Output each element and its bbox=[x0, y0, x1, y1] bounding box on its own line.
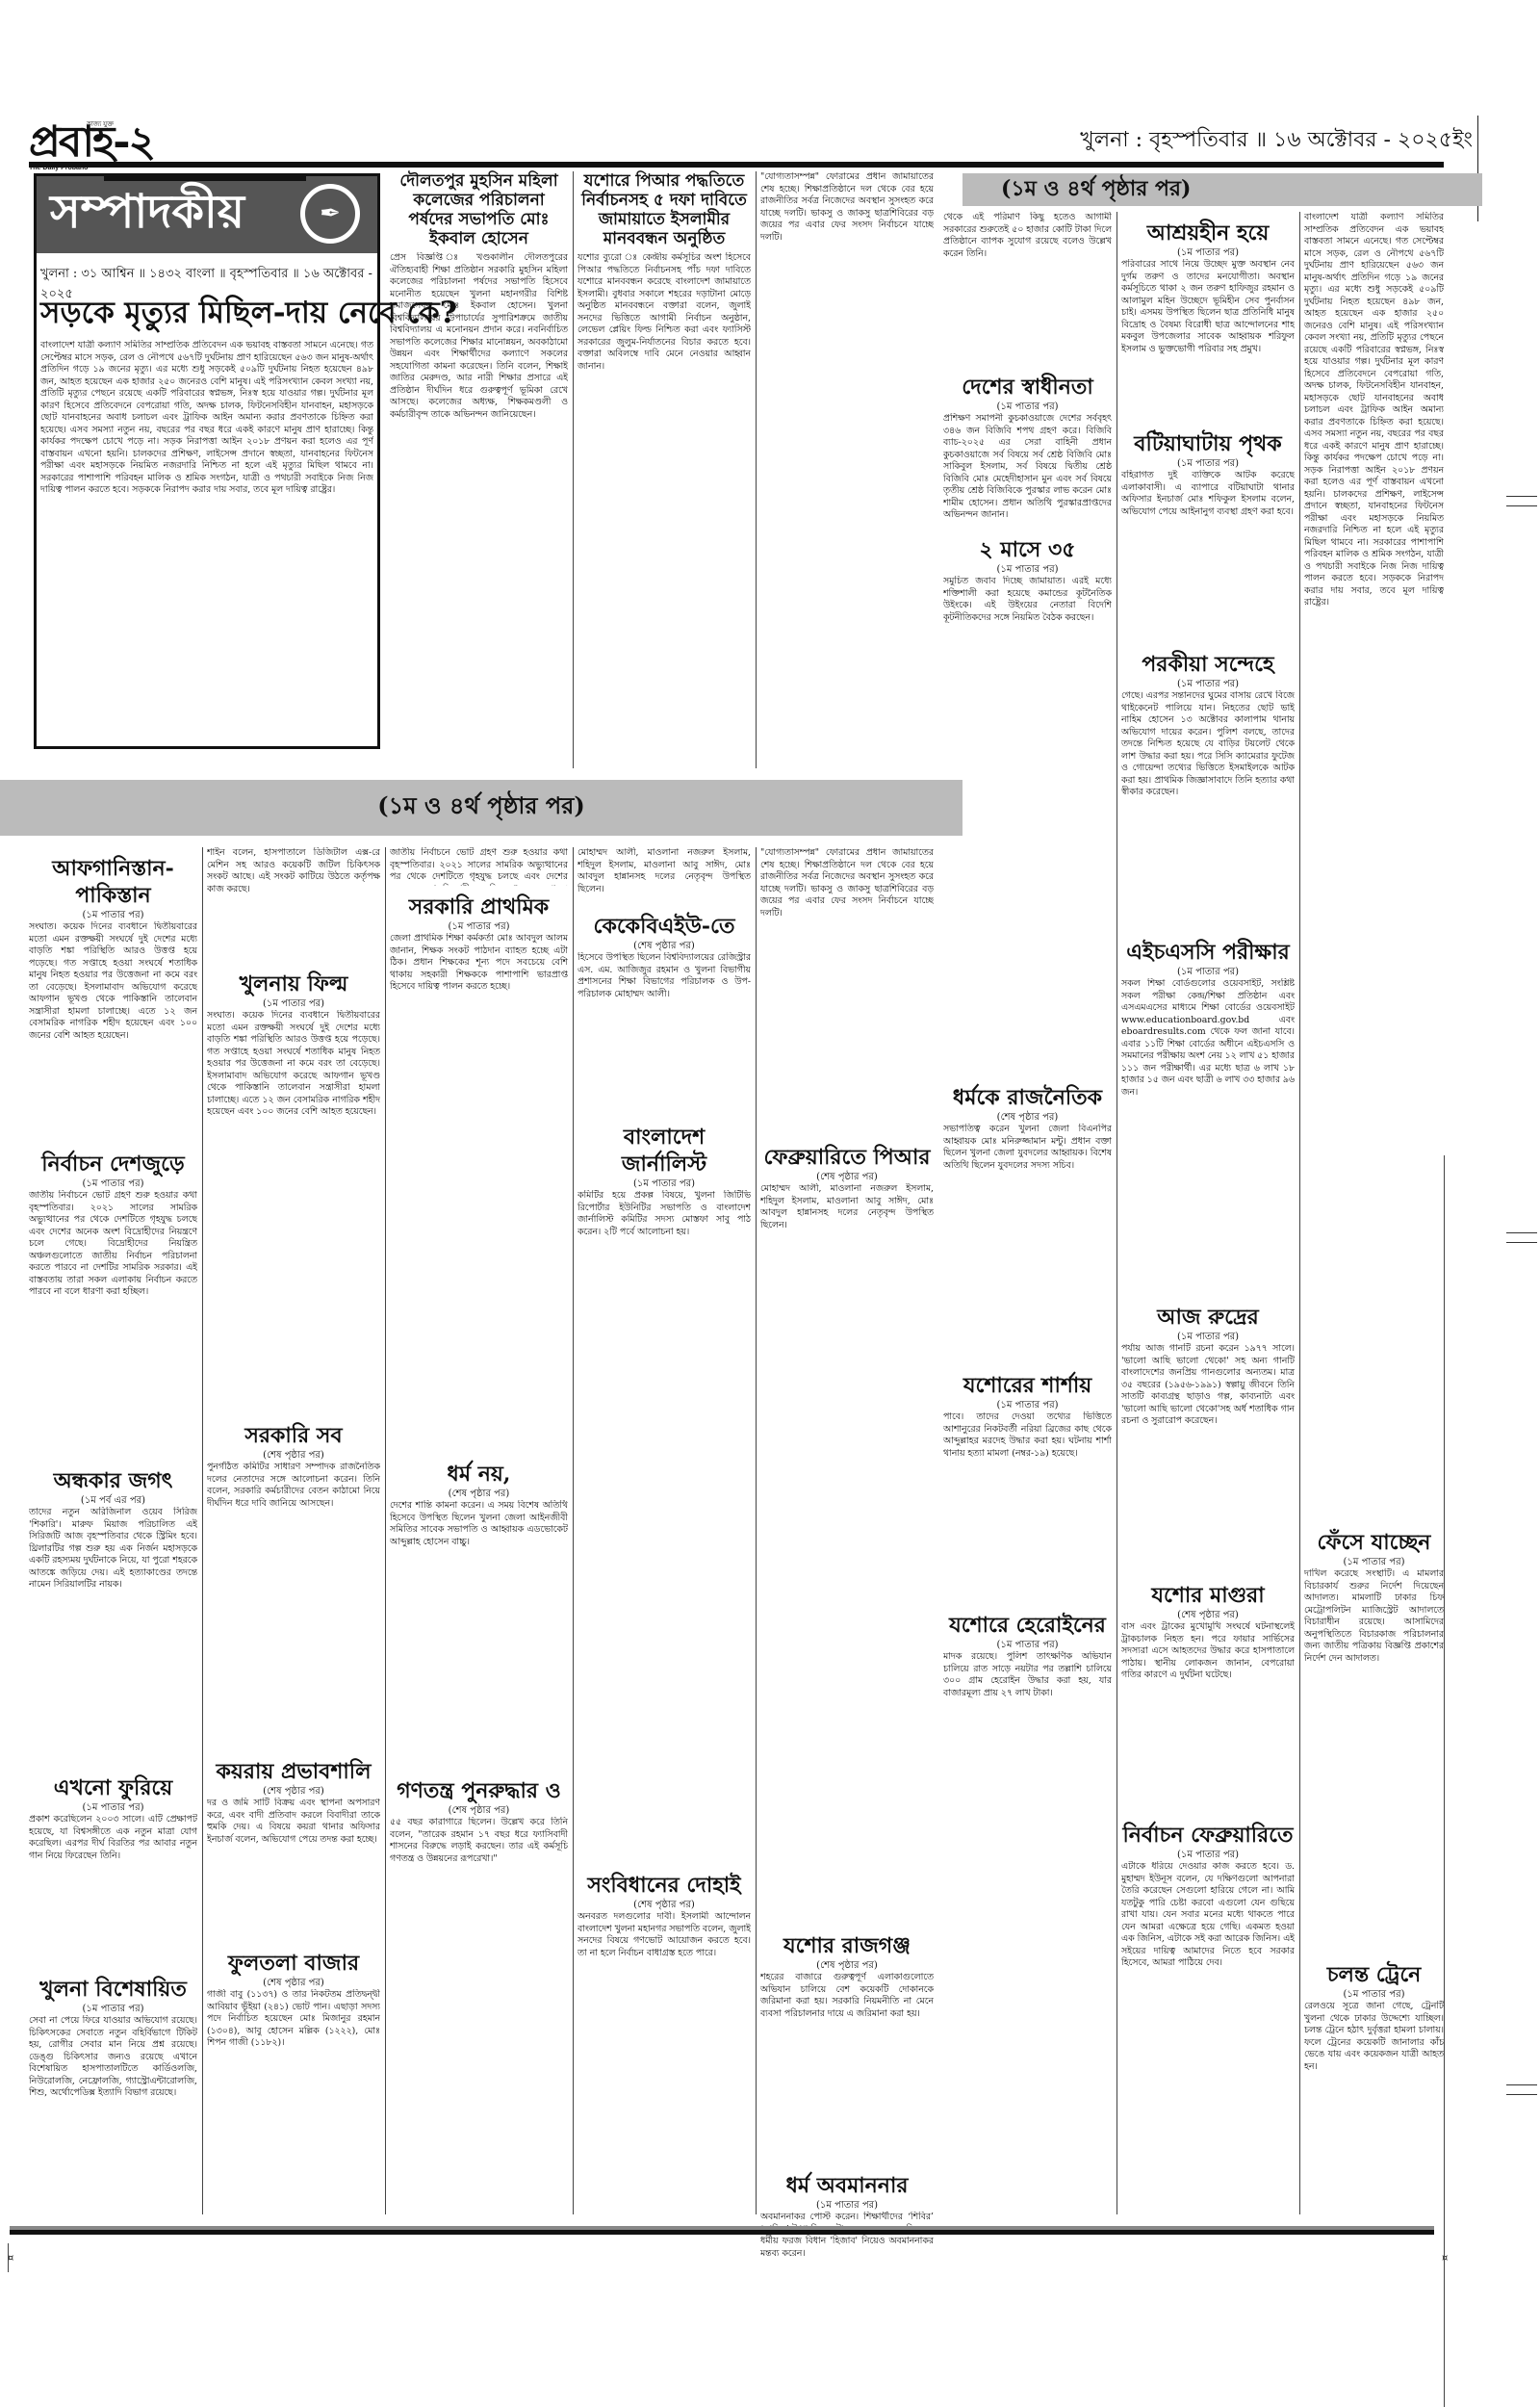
continued-from: (১ম পাতার পর) bbox=[390, 920, 568, 933]
column-lower-4: মোহাম্মদ আলী, মাওলানা নজরুল ইসলাম, শহিদু… bbox=[577, 847, 751, 2214]
continued-from: (১ম পাতার পর) bbox=[1304, 1556, 1444, 1568]
article-body: জাতীয় নির্বাচনে ভোট গ্রহণ শুরু হওয়ার ক… bbox=[390, 847, 568, 886]
article-body: অনবরত দলগুলোর দাবী। ইসলামী আন্দোলন বাংলা… bbox=[577, 1911, 751, 2200]
article-body: শাইন বলেন, হাসপাতালে ডিজিটাল এক্স-রে মেশ… bbox=[207, 847, 380, 963]
continued-from: (১ম পাতার পর) bbox=[943, 1399, 1112, 1411]
continued-from: (শেষ পৃষ্ঠার পর) bbox=[1121, 1609, 1295, 1621]
article-headline: যশোর রাজগঞ্জ bbox=[760, 1932, 934, 1959]
article-headline: যশোরের শার্শায় bbox=[943, 1372, 1112, 1399]
continued-from: (শেষ পৃষ্ঠার পর) bbox=[943, 1111, 1112, 1124]
continued-from: (শেষ পৃষ্ঠার পর) bbox=[390, 1804, 568, 1817]
article-body: মাদক রয়েছে। পুলিশ তাৎক্ষণিক অভিযান চালি… bbox=[943, 1651, 1112, 1796]
article-headline: দৌলতপুর মুহসিন মহিলা কলেজের পরিচালনা পর্… bbox=[390, 171, 568, 248]
column-rule bbox=[756, 847, 757, 2214]
continued-from: (শেষ পৃষ্ঠার পর) bbox=[207, 1785, 380, 1798]
article-body: শহরের বাজারে গুরুত্বপূর্ণ এলাকাগুলোতে অভ… bbox=[760, 1972, 934, 2164]
crop-mark bbox=[1506, 505, 1537, 506]
continued-from: (শেষ পৃষ্ঠার পর) bbox=[577, 1899, 751, 1911]
continuation-band-top: (১ম ও ৪র্থ পৃষ্ঠার পর) bbox=[962, 173, 1482, 206]
column-rule bbox=[573, 847, 574, 2214]
article-headline: সরকারি প্রাথমিক bbox=[390, 893, 568, 920]
article-body: জেলা প্রাথমিক শিক্ষা কর্মকর্তা মোঃ আবদুল… bbox=[390, 933, 568, 1453]
article-body: যশোর ব্যুরো ঃ কেন্দ্রীয় কর্মসূচির অংশ হ… bbox=[577, 252, 751, 763]
crop-mark bbox=[8, 2243, 9, 2272]
article-headline: ধর্ম নয়, bbox=[390, 1461, 568, 1488]
editorial-body: বাংলাদেশ যাত্রী কল্যাণ সমিতির সাম্প্রতিক… bbox=[40, 340, 373, 497]
continued-from: (১ম পাতার পর) bbox=[29, 2003, 197, 2015]
continued-from: (১ম পাতার পর) bbox=[207, 997, 380, 1010]
article-headline: আফগানিস্তান-পাকিস্তান bbox=[29, 855, 197, 909]
article-headline: যশোর মাগুরা bbox=[1121, 1582, 1295, 1609]
article-body: হিসেবে উপস্থিত ছিলেন বিশ্ববিদ্যালয়ের রে… bbox=[577, 952, 751, 1116]
article-headline: যশোরে পিআর পদ্ধতিতে নির্বাচনসহ ৫ দফা দাব… bbox=[577, 171, 751, 248]
article-body: বাংলাদেশ যাত্রী কল্যাণ সমিতির সাম্প্রতিক… bbox=[1304, 212, 1444, 1521]
article-body: সকল শিক্ষা বোর্ডগুলোর ওয়েবসাইট, সংশ্লিষ… bbox=[1121, 978, 1295, 1296]
article-headline: আশ্রয়হীন হয়ে bbox=[1121, 220, 1295, 246]
article-body: বহিরাগত দুই ব্যক্তিকে আটক করেছে এলাকাবাস… bbox=[1121, 470, 1295, 643]
article-headline: দেশের স্বাধীনতা bbox=[943, 374, 1112, 401]
page-dateline: খুলনা : বৃহস্পতিবার ॥ ১৬ অক্টোবর - ২০২৫ই… bbox=[1080, 123, 1473, 159]
continued-from: (১ম পাতার পর) bbox=[943, 1639, 1112, 1651]
article-headline: আজ রুদ্রের bbox=[1121, 1304, 1295, 1331]
article: যশোরে পিআর পদ্ধতিতে নির্বাচনসহ ৫ দফা দাব… bbox=[577, 171, 751, 749]
article-body: "যোগ্যতাসম্পন্ন" ফোরামের প্রধান জামায়াত… bbox=[760, 171, 934, 749]
article-body: সেবা না পেয়ে ফিরে যাওয়ার অভিযোগ রয়েছে… bbox=[29, 2015, 197, 2208]
column-right-2: আশ্রয়হীন হয়ে (১ম পাতার পর) পরিবারের সা… bbox=[1121, 212, 1295, 2214]
article-headline: খুলনা বিশেষায়িত bbox=[29, 1976, 197, 2003]
continued-from: (১ম পাতার পর) bbox=[1121, 1331, 1295, 1343]
banner-accent bbox=[104, 173, 306, 181]
continued-from: (শেষ পৃষ্ঠার পর) bbox=[760, 1171, 934, 1183]
article-body: দর ও জমি সাটি বিক্রয় এবং স্থাপনা অপসারণ… bbox=[207, 1798, 380, 1942]
column-rule bbox=[202, 847, 203, 2214]
article-headline: সংবিধানের দোহাই bbox=[577, 1872, 751, 1899]
article-headline: গণতন্ত্র পুনরুদ্ধার ও bbox=[390, 1777, 568, 1804]
continued-from: (১ম পাতার পর) bbox=[943, 401, 1112, 413]
article-body: প্রকাশ করেছিলেন ২০০৩ সালে। এটি প্রেক্ষাপ… bbox=[29, 1814, 197, 1968]
article-headline: ২ মাসে ৩৫ bbox=[943, 536, 1112, 563]
editorial-box: সম্পাদকীয় ✒ খুলনা : ৩১ আশ্বিন ॥ ১৪৩২ বা… bbox=[34, 173, 380, 749]
article-headline: খুলনায় ফিল্ম bbox=[207, 971, 380, 997]
column-lower-3: জাতীয় নির্বাচনে ভোট গ্রহণ শুরু হওয়ার ক… bbox=[390, 847, 568, 2214]
editorial-section-title: সম্পাদকীয় bbox=[50, 177, 244, 253]
article-headline: কয়রায় প্রভাবশালি bbox=[207, 1758, 380, 1785]
column-rule bbox=[756, 171, 757, 768]
column-rule bbox=[385, 847, 386, 2214]
article-body: পুনর্গঠিত কমিটির সাধারণ সম্পাদক রাজনৈতিক… bbox=[207, 1462, 380, 1750]
crop-mark bbox=[1506, 496, 1537, 497]
article-headline: এখনো ফুরিয়ে bbox=[29, 1774, 197, 1801]
continued-from: (শেষ পৃষ্ঠার পর) bbox=[207, 1977, 380, 1989]
article-body: ৫৫ বছর কারাগারে ছিলেন। উল্লেখ করে তিনি ব… bbox=[390, 1817, 568, 2106]
continued-from: (১ম পাতার পর) bbox=[1121, 678, 1295, 690]
crop-mark bbox=[1444, 1155, 1445, 2407]
article-headline: ফুলতলা বাজার bbox=[207, 1950, 380, 1977]
article: দৌলতপুর মুহসিন মহিলা কলেজের পরিচালনা পর্… bbox=[390, 171, 568, 749]
article-body: থেকে এই পরিমাণ কিছু হতেও আগামী সরকারের শ… bbox=[943, 212, 1112, 366]
article-body: রেলওয়ে সূত্রে জানা গেছে, ট্রেনটি খুলনা … bbox=[1304, 2001, 1444, 2155]
article-headline: ধর্মকে রাজনৈতিক bbox=[943, 1084, 1112, 1111]
article-body: গাজী বাবু (১১৩৭) ও তার নিকটতম প্রতিদ্বন্… bbox=[207, 1989, 380, 2182]
article-body: প্রশিক্ষণ সমাপনী কুচকাওয়াজে দেশের সর্বব… bbox=[943, 413, 1112, 529]
continued-from: (শেষ পৃষ্ঠার পর) bbox=[390, 1488, 568, 1500]
article-headline: কেকেবিএইউ-তে bbox=[577, 913, 751, 940]
article-body: তাদের নতুন অরিজিনাল ওয়েব সিরিজ 'শিকারি'… bbox=[29, 1507, 197, 1767]
article-headline: চলন্ত ট্রেনে bbox=[1304, 1961, 1444, 1988]
article-body: দাখিল করেছে সংস্থাটি। এ মামলার বিচারকার্… bbox=[1304, 1568, 1444, 1954]
continued-from: (শেষ পৃষ্ঠার পর) bbox=[760, 1959, 934, 1972]
article-headline: যশোরে হেরোইনের bbox=[943, 1612, 1112, 1639]
article-body: কমিটির হয়ে প্রকল্প বিষয়ে, খুলনা জিটিভি… bbox=[577, 1190, 751, 1864]
continued-from: (শেষ পৃষ্ঠার পর) bbox=[577, 940, 751, 952]
article-body: সংঘাত। কয়েক দিনের ব্যবধানে দ্বিতীয়বারে… bbox=[207, 1010, 380, 1414]
article-body: "যোগ্যতাসম্পন্ন" ফোরামের প্রধান জামায়াত… bbox=[760, 847, 934, 1136]
article-body: পরিবারের সাথে নিয়ে উচ্ছেদ মুক্ত অবস্থান… bbox=[1121, 259, 1295, 423]
column-lower-2: শাইন বলেন, হাসপাতালে ডিজিটাল এক্স-রে মেশ… bbox=[207, 847, 380, 2214]
continued-from: (১ম পাতার পর) bbox=[29, 1178, 197, 1190]
continued-from: (১ম পাতার পর) bbox=[1121, 1849, 1295, 1861]
article-body: গেছে। এরপর সন্তানদের ঘুমের বাসায় রেখে ব… bbox=[1121, 690, 1295, 931]
article-body: প্রেস বিজ্ঞপ্তি ঃ খণ্ডকালীন দৌলতপুরের ঐত… bbox=[390, 252, 568, 763]
continued-from: (১ম পাতার পর) bbox=[29, 1801, 197, 1814]
continued-from: (১ম পাতার পর) bbox=[943, 563, 1112, 576]
column-rule bbox=[1116, 212, 1117, 2214]
crop-mark bbox=[1506, 2084, 1537, 2085]
crop-mark bbox=[1506, 1232, 1537, 1233]
continued-from: (১ম পাতার পর) bbox=[1121, 246, 1295, 259]
article-headline: এইচএসসি পরীক্ষার bbox=[1121, 939, 1295, 966]
article-headline: নির্বাচন ফেব্রুয়ারিতে bbox=[1121, 1822, 1295, 1849]
crop-mark bbox=[1506, 2094, 1537, 2095]
article-body: সংঘাত। কয়েক দিনের ব্যবধানে দ্বিতীয়বারে… bbox=[29, 921, 197, 1143]
article-headline: বাংলাদেশ জার্নালিস্ট bbox=[577, 1124, 751, 1178]
article-body: সমুচিত জবাব দিচ্ছে জামায়াত। এরই মধ্যে শ… bbox=[943, 576, 1112, 1076]
column-lower-5: "যোগ্যতাসম্পন্ন" ফোরামের প্রধান জামায়াত… bbox=[760, 847, 934, 2214]
article-body: পৰ্যায় আজ গানটি রচনা করেন ১৯৭৭ সালে। 'ভ… bbox=[1121, 1343, 1295, 1574]
article-body: মোহাম্মদ আলী, মাওলানা নজরুল ইসলাম, শহিদু… bbox=[760, 1183, 934, 1925]
article-body: সভাপতিত্ব করেন খুলনা জেলা বিএনপির আহ্বায… bbox=[943, 1124, 1112, 1364]
column-lower-1: আফগানিস্তান-পাকিস্তান (১ম পাতার পর) সংঘা… bbox=[29, 847, 197, 2214]
article-body: দেশের শান্তি কামনা করেন। এ সময় বিশেষ অত… bbox=[390, 1500, 568, 1770]
continued-from: (১ম পাতার পর) bbox=[760, 2199, 934, 2212]
column-rule bbox=[573, 171, 574, 768]
continued-from: (১ম পাতার পর) bbox=[1121, 457, 1295, 470]
article-body: মোহাম্মদ আলী, মাওলানা নজরুল ইসলাম, শহিদু… bbox=[577, 847, 751, 905]
continued-from: (১ম পাতার পর) bbox=[577, 1178, 751, 1190]
logo-tagline: কাজ্য যুক্ত bbox=[87, 118, 114, 130]
continuation-band: (১ম ও ৪র্থ পৃষ্ঠার পর) bbox=[0, 780, 962, 836]
continued-from: (শেষ পৃষ্ঠার পর) bbox=[207, 1449, 380, 1462]
column-right-1: থেকে এই পরিমাণ কিছু হতেও আগামী সরকারের শ… bbox=[943, 212, 1112, 2214]
crop-mark bbox=[1506, 1242, 1537, 1243]
footer-rule-bold bbox=[10, 2230, 1434, 2235]
article-body: বাস এবং ট্রাকের মুখোমুখি সংঘর্ষে ঘটনাস্থ… bbox=[1121, 1621, 1295, 1814]
article-headline: নির্বাচন দেশজুড়ে bbox=[29, 1151, 197, 1178]
article-headline: ধর্ম অবমাননার bbox=[760, 2172, 934, 2199]
column-right-3: বাংলাদেশ যাত্রী কল্যাণ সমিতির সাম্প্রতিক… bbox=[1304, 212, 1444, 2214]
header-rule bbox=[29, 162, 1444, 168]
continued-from: (১ম পাতার পর) bbox=[29, 909, 197, 921]
article-headline: অন্ধকার জগৎ bbox=[29, 1467, 197, 1494]
article-body: জাতীয় নির্বাচনে ভোট গ্রহণ শুরু হওয়ার ক… bbox=[29, 1190, 197, 1460]
article-body: এটাকে ধরিয়ে দেওয়ার কাজ করতে হবে। ড. মু… bbox=[1121, 1861, 1295, 2006]
continued-from: (১ম পর্ব এর পর) bbox=[29, 1494, 197, 1507]
article-headline: বটিয়াঘাটায় পৃথক bbox=[1121, 430, 1295, 457]
article-headline: সরকারি সব bbox=[207, 1422, 380, 1449]
continued-from: (১ম পাতার পর) bbox=[1121, 966, 1295, 978]
registration-mark-right: ¤ bbox=[1442, 2253, 1448, 2264]
article-headline: পরকীয়া সন্দেহে bbox=[1121, 651, 1295, 678]
continued-from: (১ম পাতার পর) bbox=[1304, 1988, 1444, 2001]
column-rule bbox=[1299, 212, 1300, 2214]
article-headline: ফেব্রুয়ারিতে পিআর bbox=[760, 1144, 934, 1171]
article-body: পাবে। তাদের দেওয়া তথ্যের ভিত্তিতে আশানু… bbox=[943, 1411, 1112, 1604]
pen-nib-icon: ✒ bbox=[300, 184, 360, 244]
editorial-banner: সম্পাদকীয় ✒ bbox=[37, 176, 377, 253]
article-headline: ফেঁসে যাচ্ছেন bbox=[1304, 1529, 1444, 1556]
